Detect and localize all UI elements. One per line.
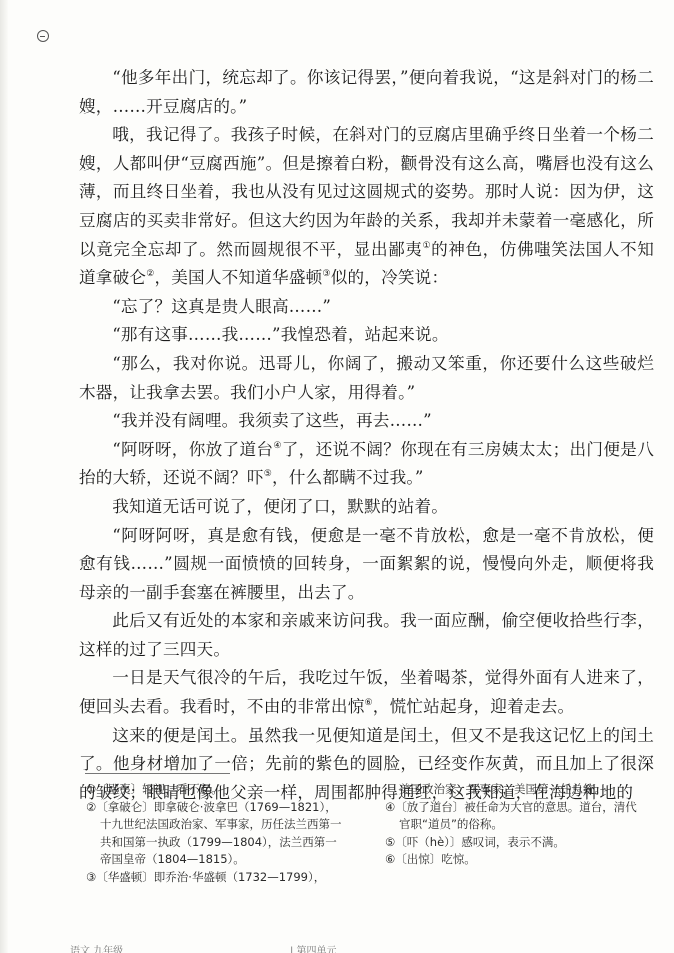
paragraph: “那有这事……我……”我惶恐着，站起来说。 bbox=[79, 321, 654, 350]
paragraph: “他多年出门，统忘却了。你该记得罢，”便向着我说，“这是斜对门的杨二嫂，……开豆… bbox=[79, 64, 654, 121]
paragraph: “阿呀阿呀，真是愈有钱，便愈是一毫不肯放松，愈是一毫不肯放松，便愈有钱……”圆规… bbox=[79, 522, 654, 608]
footnote-5: ⑤〔吓（hè）〕感叹词，表示不满。 bbox=[385, 834, 647, 852]
page-edge-shadow bbox=[0, 0, 8, 953]
footnote-4: ④〔放了道台〕被任命为大官的意思。道台，清代官职“道员”的俗称。 bbox=[385, 799, 647, 834]
paragraph: 哦，我记得了。我孩子时候，在斜对门的豆腐店里确乎终日坐着一个杨二嫂，人都叫伊“豆… bbox=[79, 121, 654, 293]
paragraph: 我知道无话可说了，便闭了口，默默的站着。 bbox=[79, 493, 654, 522]
paragraph: “我并没有阔哩。我须卖了这些，再去……” bbox=[79, 407, 654, 436]
paragraph: “那么，我对你说。迅哥儿，你阔了，搬动又笨重，你还要什么这些破烂木器，让我拿去罢… bbox=[79, 350, 654, 407]
footnote-divider bbox=[85, 773, 230, 774]
footnote-ref[interactable]: ④ bbox=[273, 441, 281, 451]
footnote-ref[interactable]: ③ bbox=[322, 269, 330, 279]
story-body: “他多年出门，统忘却了。你该记得罢，”便向着我说，“这是斜对门的杨二嫂，……开豆… bbox=[79, 64, 654, 807]
paragraph: 此后又有近处的本家和亲戚来访问我。我一面应酬，偷空便收拾些行李，这样的过了三四天… bbox=[79, 607, 654, 664]
footnote-6: ⑥〔出惊〕吃惊。 bbox=[385, 851, 647, 869]
footnote-3-continued: 美国政治家、军事家，美国第一任总统。 bbox=[385, 781, 647, 799]
footnote-ref[interactable]: ① bbox=[422, 241, 431, 251]
smiley-seal-icon bbox=[37, 30, 49, 42]
footnote-3: ③〔华盛顿〕即乔治·华盛顿（1732—1799）， bbox=[86, 869, 348, 887]
footer-unit-label: | 第四单元 bbox=[290, 942, 337, 953]
footnote-2: ②〔拿破仑〕即拿破仑·波拿巴（1769—1821），十九世纪法国政治家、军事家，… bbox=[86, 799, 348, 869]
paragraph: “忘了？这真是贵人眼高……” bbox=[79, 293, 654, 322]
footer-book-title: 语文 九年级 bbox=[70, 942, 123, 953]
footnotes-left-column: ①〔鄙夷〕轻视，看不起。 ②〔拿破仑〕即拿破仑·波拿巴（1769—1821），十… bbox=[86, 781, 348, 887]
footnote-ref[interactable]: ⑤ bbox=[264, 469, 272, 479]
footnote-1: ①〔鄙夷〕轻视，看不起。 bbox=[86, 781, 348, 799]
paragraph: 一日是天气很冷的午后，我吃过午饭，坐着喝茶，觉得外面有人进来了，便回头去看。我看… bbox=[79, 664, 654, 721]
paragraph: “阿呀呀，你放了道台④了，还说不阔？你现在有三房姨太太；出门便是八抬的大轿，还说… bbox=[79, 436, 654, 493]
footnotes-right-column: 美国政治家、军事家，美国第一任总统。 ④〔放了道台〕被任命为大官的意思。道台，清… bbox=[385, 781, 647, 869]
footnote-ref[interactable]: ⑥ bbox=[365, 698, 373, 708]
